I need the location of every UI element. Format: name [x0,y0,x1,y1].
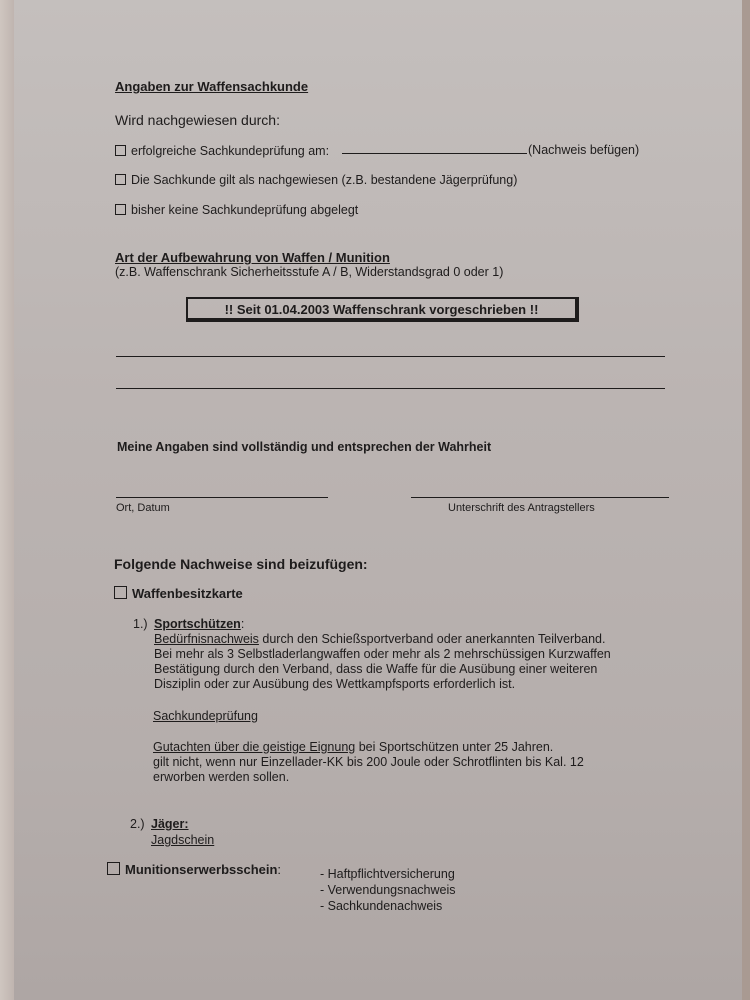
gutachten-line-3: erworben werden sollen. [153,770,584,785]
sachkundepruefung-date-field[interactable] [342,153,527,154]
attachments-heading: Folgende Nachweise sind beizufügen: [114,556,368,572]
sportschuetzen-line-2: Bei mehr als 3 Selbstladerlangwaffen ode… [154,647,611,662]
sportschuetzen-line-3: Bestätigung durch den Verband, dass die … [154,662,611,677]
checkbox-sachkundepruefung[interactable] [115,145,126,156]
signature-label: Unterschrift des Antragstellers [448,502,595,514]
aufbewahrung-input-line-2[interactable] [116,388,665,389]
aufbewahrung-input-line-1[interactable] [116,356,665,357]
sachkundepruefung-requirement: Sachkundeprüfung [153,709,258,723]
declaration-statement: Meine Angaben sind vollständig und entsp… [117,440,491,454]
munitionserwerbsschein-colon: : [277,862,281,877]
nachweis-hint: (Nachweis befügen) [528,143,639,157]
gutachten-term: Gutachten über die geistige Eignung [153,740,355,754]
checkbox-sachkunde-nachgewiesen[interactable] [115,174,126,185]
checkbox-keine-pruefung[interactable] [115,204,126,215]
munitionserwerbsschein-label: Munitionserwerbsschein [125,862,277,877]
gutachten-text: bei Sportschützen unter 25 Jahren. [355,740,553,754]
option-sachkunde-nachgewiesen: Die Sachkunde gilt als nachgewiesen (z.B… [115,173,517,187]
item-1-title: Sportschützen: [154,617,244,631]
place-date-label: Ort, Datum [116,502,170,514]
sportschuetzen-title: Sportschützen [154,617,241,631]
beduerfnisnachweis-term: Bedürfnisnachweis [154,632,259,646]
requirement-haftpflicht: - Haftpflichtversicherung [320,866,456,882]
sportschuetzen-colon: : [241,617,244,631]
waffenbesitzkarte-label: Waffenbesitzkarte [132,586,243,601]
option-keine-pruefung: bisher keine Sachkundeprüfung abgelegt [115,203,358,217]
checkbox-waffenbesitzkarte[interactable] [114,586,127,599]
jaeger-title: Jäger: [151,817,189,831]
option-keine-pruefung-label: bisher keine Sachkundeprüfung abgelegt [131,203,358,217]
sachkunde-intro: Wird nachgewiesen durch: [115,112,280,128]
jagdschein-requirement: Jagdschein [151,833,214,847]
beduerfnisnachweis-text: durch den Schießsportverband oder anerka… [259,632,606,646]
signature-field[interactable] [411,497,669,498]
munitionserwerbsschein-option: Munitionserwerbsschein: [107,862,281,877]
item-1-number: 1.) [133,617,148,631]
sachkunde-heading: Angaben zur Waffensachkunde [115,79,308,94]
sportschuetzen-description: Bedürfnisnachweis durch den Schießsportv… [154,632,611,692]
aufbewahrung-heading: Art der Aufbewahrung von Waffen / Muniti… [115,250,390,265]
requirement-verwendungsnachweis: - Verwendungsnachweis [320,882,456,898]
aufbewahrung-hint: (z.B. Waffenschrank Sicherheitsstufe A /… [115,265,503,279]
option-sachkundepruefung-label: erfolgreiche Sachkundeprüfung am: [131,144,329,158]
option-sachkunde-nachgewiesen-label: Die Sachkunde gilt als nachgewiesen (z.B… [131,173,517,187]
item-2-number: 2.) [130,817,145,831]
gutachten-line-2: gilt nicht, wenn nur Einzellader-KK bis … [153,755,584,770]
waffenschrank-notice: !! Seit 01.04.2003 Waffenschrank vorgesc… [186,297,579,322]
checkbox-munitionserwerbsschein[interactable] [107,862,120,875]
waffenbesitzkarte-option: Waffenbesitzkarte [114,586,243,601]
requirement-sachkundenachweis: - Sachkundenachweis [320,898,456,914]
munition-requirements: - Haftpflichtversicherung - Verwendungsn… [320,866,456,914]
place-date-field[interactable] [116,497,328,498]
option-sachkundepruefung: erfolgreiche Sachkundeprüfung am: [115,144,329,158]
sportschuetzen-line-4: Disziplin oder zur Ausübung des Wettkamp… [154,677,611,692]
gutachten-description: Gutachten über die geistige Eignung bei … [153,740,584,785]
